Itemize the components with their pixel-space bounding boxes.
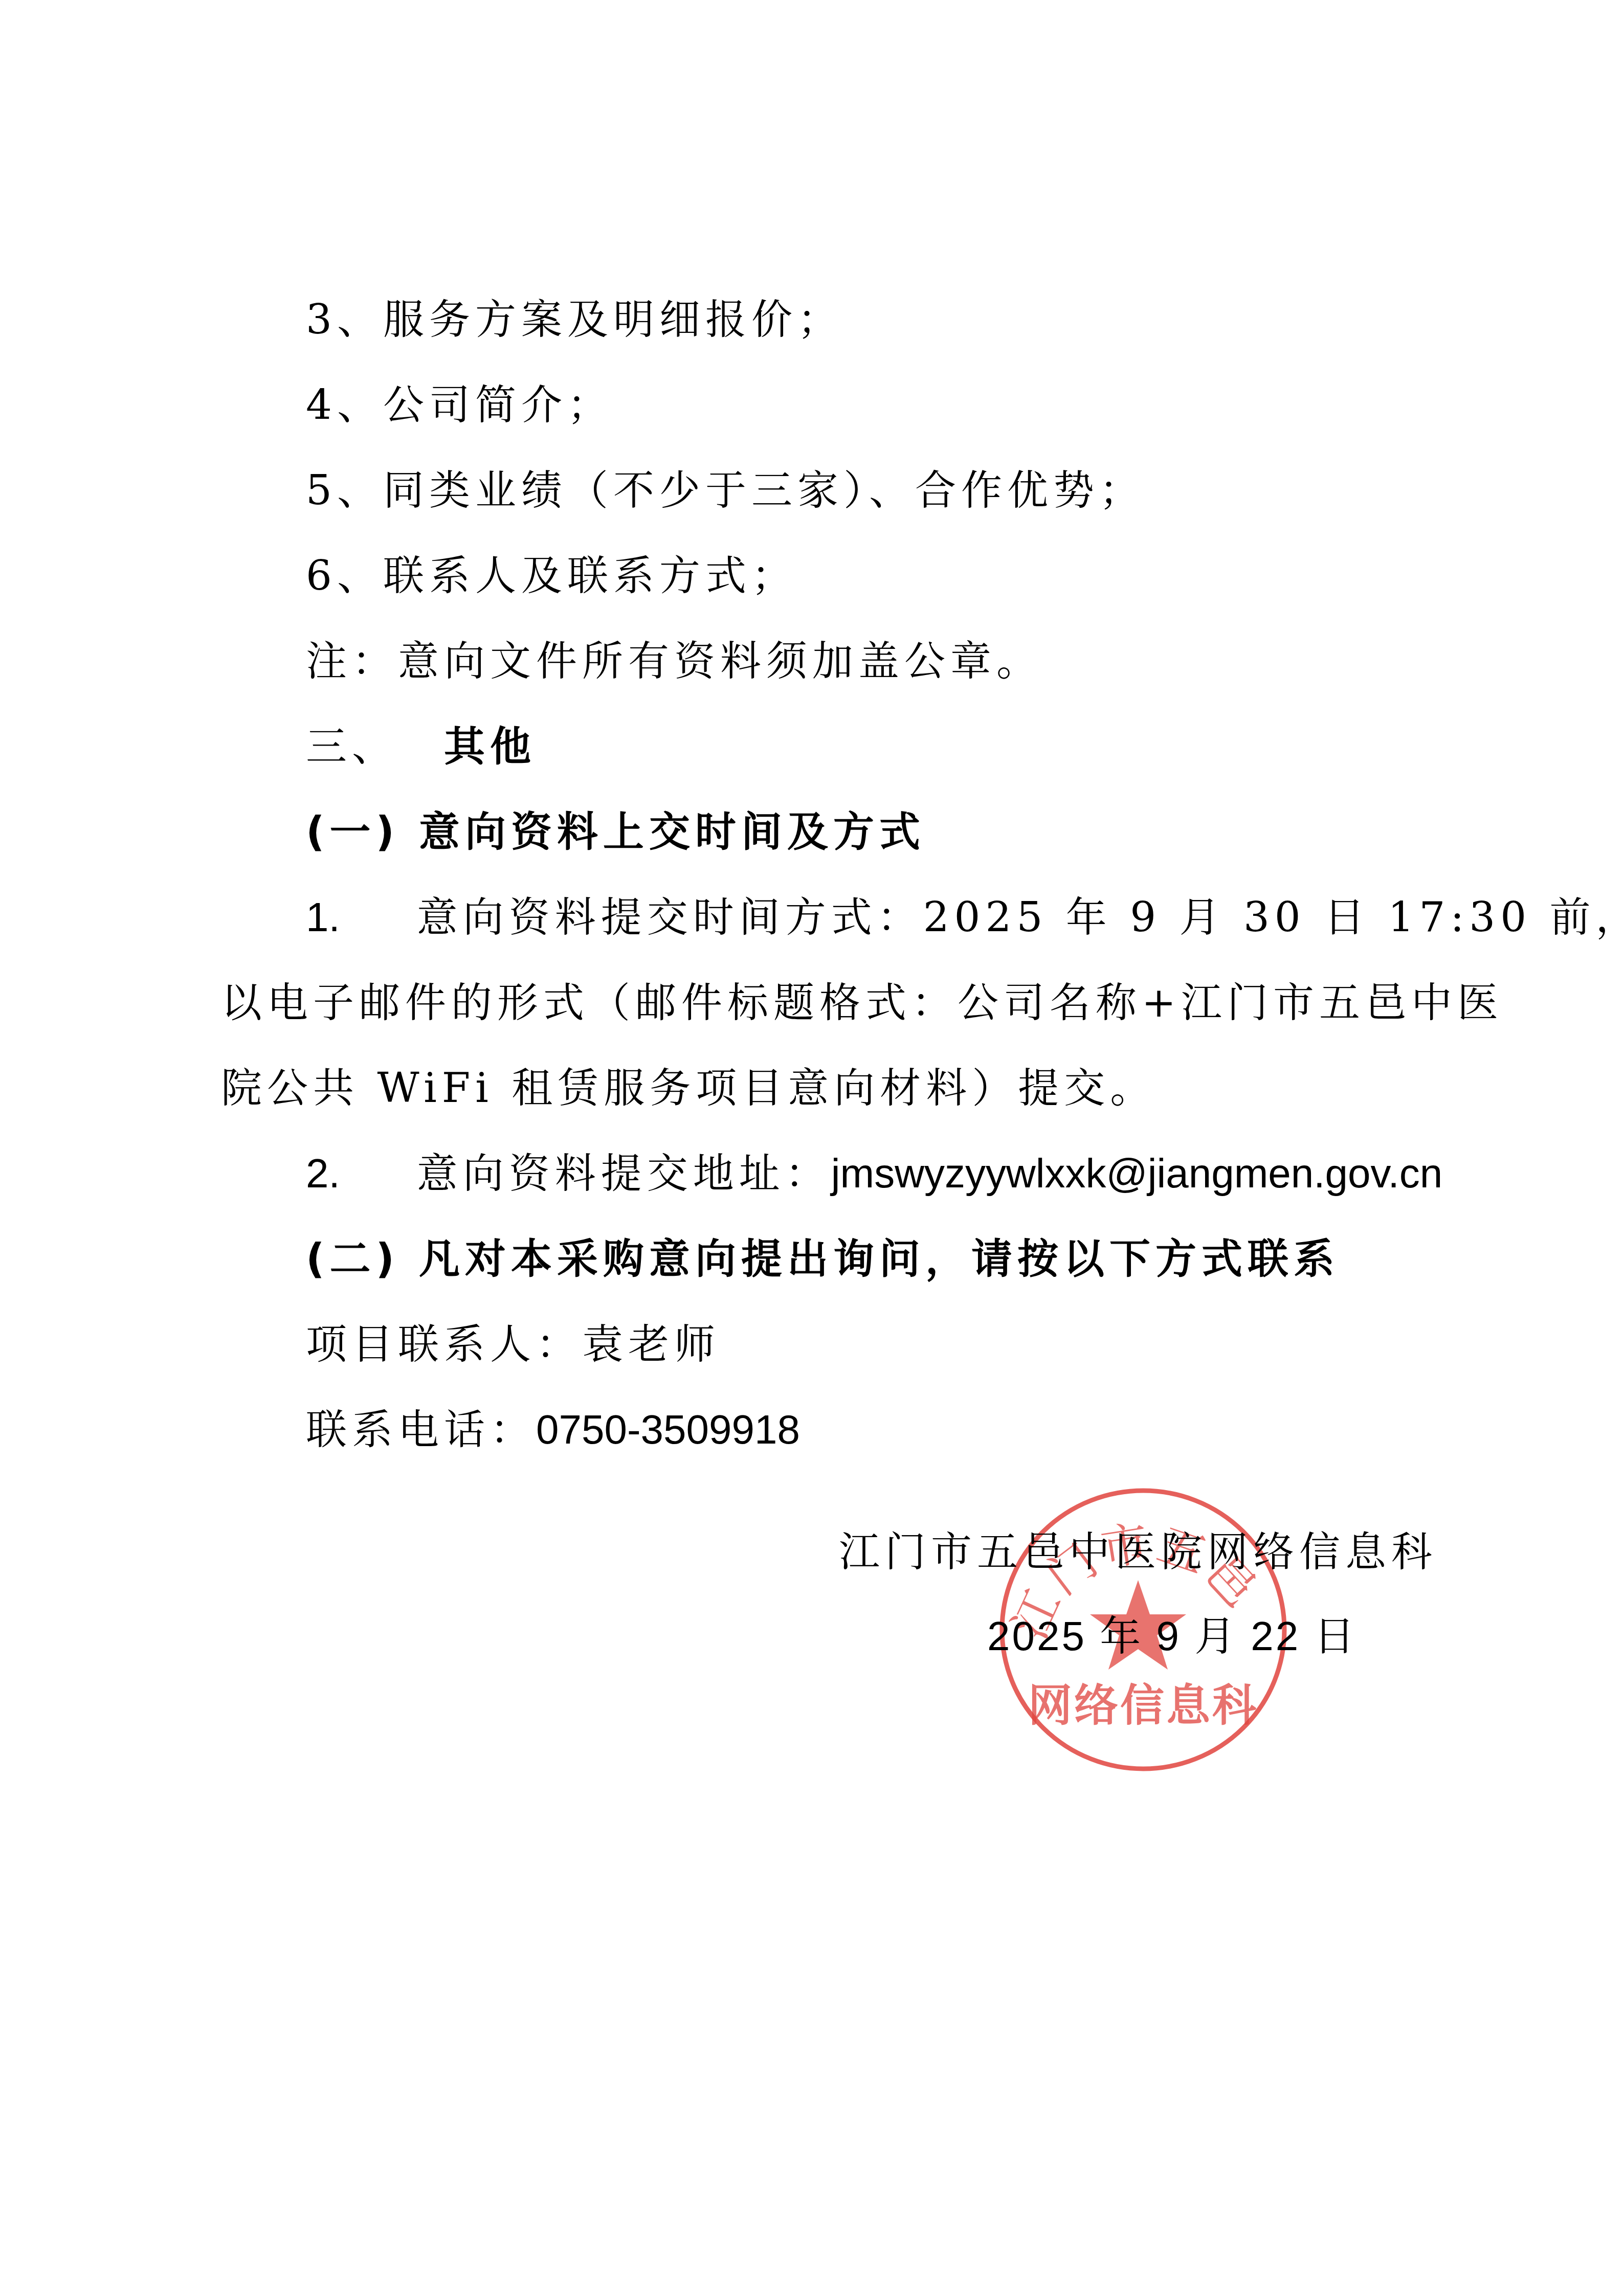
note-text: 注：意向文件所有资料须加盖公章。 — [306, 636, 1042, 687]
item1-line1: 1.意向资料提交时间方式：2025 年 9 月 30 日 17:30 前， — [306, 892, 1624, 943]
list-item-3: 3、服务方案及明细报价； — [306, 294, 843, 345]
item1-text: 意向资料提交时间方式：2025 年 9 月 30 日 17:30 前， — [417, 893, 1624, 941]
email-address[interactable]: jmswyzyywlxxk@jiangmen.gov.cn — [831, 1151, 1443, 1196]
section-three-heading: 三、其他 — [306, 721, 536, 772]
item2-number: 2. — [306, 1151, 340, 1196]
section-number: 三、 — [306, 723, 398, 770]
contact-name: 袁老师 — [582, 1320, 720, 1368]
item2-label: 意向资料提交地址： — [417, 1150, 831, 1197]
item1-number: 1. — [306, 894, 340, 940]
section-title: 其他 — [444, 723, 536, 770]
contact-person-line: 项目联系人：袁老师 — [306, 1319, 720, 1370]
list-item-4: 4、公司简介； — [306, 379, 613, 431]
list-item-6: 6、联系人及联系方式； — [306, 550, 797, 601]
item1-line2: 以电子邮件的形式（邮件标题格式：公司名称+江门市五邑中医 — [221, 977, 1503, 1028]
contact-label: 项目联系人： — [306, 1320, 582, 1368]
signature-organization: 江门市五邑中医院网络信息科 — [839, 1526, 1437, 1578]
list-item-5: 5、同类业绩（不少于三家）、合作优势； — [306, 465, 1145, 516]
contact-phone-line: 联系电话：0750-3509918 — [306, 1404, 800, 1455]
phone-label: 联系电话： — [306, 1406, 536, 1453]
document-page: 3、服务方案及明细报价； 4、公司简介； 5、同类业绩（不少于三家）、合作优势；… — [0, 0, 1624, 2296]
phone-number: 0750-3509918 — [536, 1407, 800, 1452]
subsection-one-heading: (一) 意向资料上交时间及方式 — [306, 806, 925, 858]
item1-line3: 院公共 WiFi 租赁服务项目意向材料）提交。 — [221, 1063, 1156, 1114]
signature-date: 2025 年 9 月 22 日 — [987, 1611, 1357, 1662]
subsection-two-heading: (二) 凡对本采购意向提出询问，请按以下方式联系 — [306, 1233, 1340, 1285]
item2-line: 2.意向资料提交地址：jmswyzyywlxxk@jiangmen.gov.cn — [306, 1148, 1442, 1199]
seal-inner-text: 网络信息科 — [1028, 1680, 1258, 1731]
